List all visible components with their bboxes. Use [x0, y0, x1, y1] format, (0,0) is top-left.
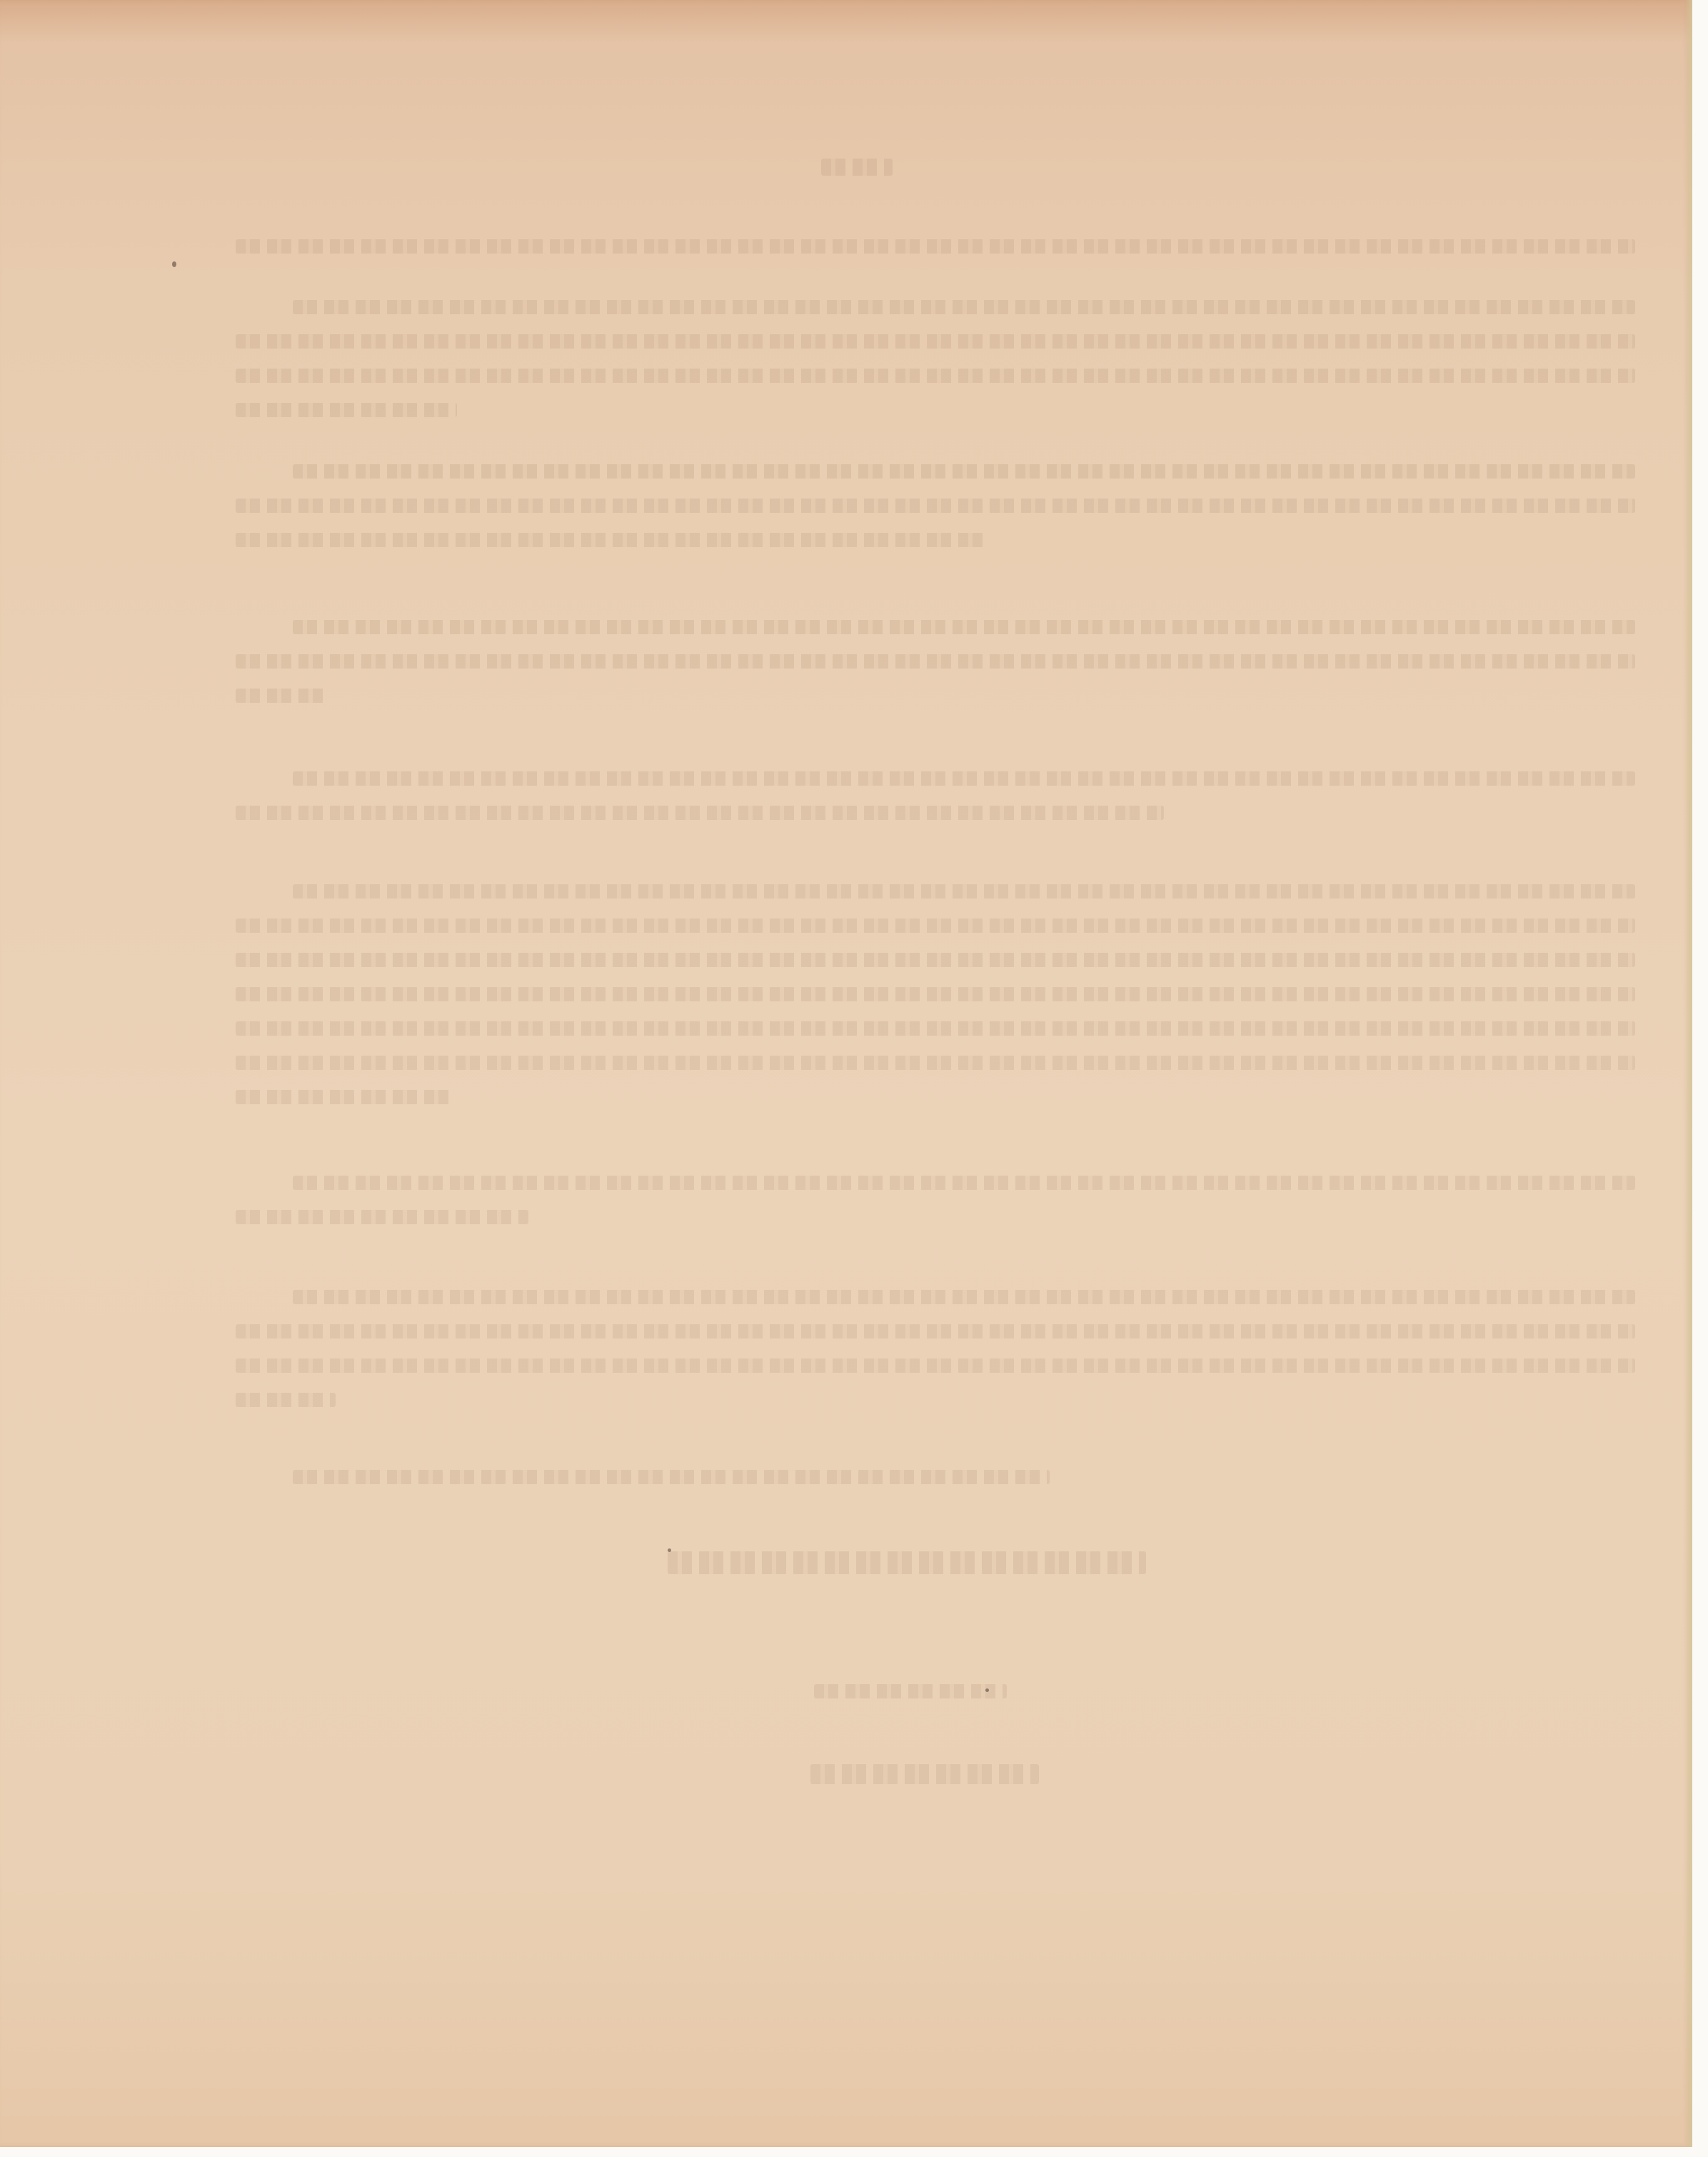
signature: [810, 1764, 1039, 1784]
page-number: [821, 159, 893, 176]
ink-speck: [985, 1688, 989, 1692]
closing: [814, 1684, 1007, 1698]
ink-speck: [668, 1548, 671, 1552]
document-heading: [236, 239, 1635, 254]
document-page: [0, 0, 1692, 2147]
ink-speck: [172, 261, 176, 267]
equation: [668, 1551, 1146, 1574]
